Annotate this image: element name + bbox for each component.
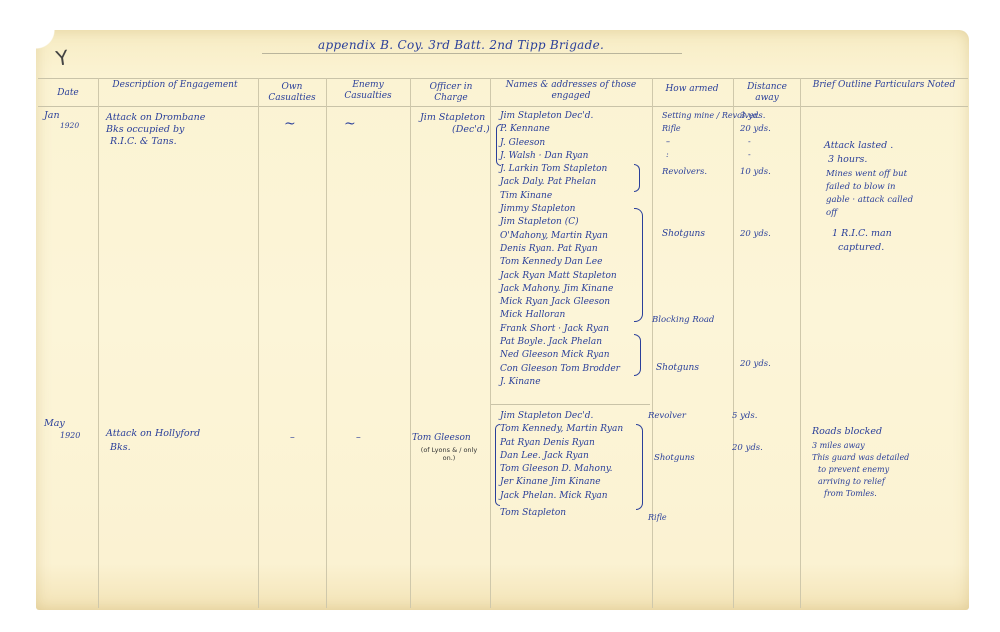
entry-2-outline-line: to prevent enemy: [818, 464, 889, 476]
entry-1-officer: Jim Stapleton: [420, 112, 485, 124]
entry-1-armed: Shotguns: [656, 362, 699, 374]
header-armed: How armed: [656, 84, 728, 95]
col-rule: [410, 78, 411, 608]
name-line: O'Mahony, Martin Ryan: [500, 230, 620, 243]
entry-1-armed: –: [666, 136, 670, 148]
header-officer: Officer in Charge: [414, 82, 488, 104]
header-own-casualties: Own Casualties: [262, 82, 322, 104]
group-bracket: [636, 424, 643, 510]
entry-2-own-casualties: –: [290, 432, 295, 444]
entry-1-outline-line: Mines went off but: [826, 168, 907, 180]
name-line: Jer Kinane Jim Kinane: [500, 476, 623, 489]
entry-1-distance: 10 yds.: [740, 166, 771, 178]
name-line: Tom Kennedy Dan Lee: [500, 256, 620, 269]
entry-1-officer-note: (Dec'd.): [452, 124, 490, 136]
entry-2-outline-line: 3 miles away: [812, 440, 865, 452]
name-line: Jack Mahony. Jim Kinane: [500, 283, 620, 296]
name-line: Tom Gleeson D. Mahony.: [500, 463, 623, 476]
group-bracket: [634, 334, 641, 376]
entry-1-distance: 20 yds.: [740, 123, 771, 135]
name-line: Mick Ryan Jack Gleeson: [500, 296, 620, 309]
name-line: Tim Kinane: [500, 190, 620, 203]
col-rule: [800, 78, 801, 608]
entry-1-description-line: Bks occupied by: [106, 124, 184, 136]
entry-1-distance: 20 yds.: [740, 358, 771, 370]
name-line: Jack Daly. Pat Phelan: [500, 176, 620, 189]
entry-1-distance: 20 yds.: [740, 228, 771, 240]
entry-2-enemy-casualties: –: [356, 432, 361, 444]
entry-2-armed: Shotguns: [654, 452, 695, 464]
col-rule: [733, 78, 734, 608]
entry-1-armed: Shotguns: [662, 228, 705, 240]
entry-2-distance: 5 yds.: [732, 410, 757, 422]
header-date: Date: [40, 88, 96, 99]
entry-2-distance: 20 yds.: [732, 442, 763, 454]
name-line: Jimmy Stapleton: [500, 203, 620, 216]
group-bracket: [495, 424, 500, 506]
col-rule: [652, 78, 653, 608]
entry-1-outline-line: 1 R.I.C. man: [832, 228, 892, 240]
name-line: Pat Ryan Denis Ryan: [500, 437, 623, 450]
name-line: Jack Ryan Matt Stapleton: [500, 270, 620, 283]
entry-1-armed: Blocking Road: [652, 314, 714, 326]
header-names: Names & addresses of those engaged: [494, 80, 648, 102]
title-underline: [262, 53, 682, 54]
name-line: Denis Ryan. Pat Ryan: [500, 243, 620, 256]
name-line: Dan Lee. Jack Ryan: [500, 450, 623, 463]
name-line: J. Walsh · Dan Ryan: [500, 150, 620, 163]
entry-2-description-line: Attack on Hollyford: [106, 428, 200, 440]
entry-2-armed: Revolver: [648, 410, 686, 422]
entry-1-distance: -: [748, 149, 751, 161]
col-rule: [326, 78, 327, 608]
entry-2-outline-line: Roads blocked: [812, 426, 882, 438]
entry-1-distance: -: [748, 136, 751, 148]
name-line: Jim Stapleton Dec'd.: [500, 110, 620, 123]
name-line: Tom Kennedy, Martin Ryan: [500, 423, 623, 436]
name-line: Frank Short · Jack Ryan: [500, 323, 620, 336]
entry-1-date-month: Jan: [44, 110, 60, 122]
header-top-rule: [38, 78, 968, 79]
entry-1-outline-line: gable · attack called: [826, 194, 913, 206]
entry-1-armed: Rifle: [662, 123, 681, 135]
header-outline: Brief Outline Particulars Noted: [806, 80, 962, 91]
header-enemy-casualties: Enemy Casualties: [330, 80, 406, 102]
entry-1-description-line: R.I.C. & Tans.: [110, 136, 177, 148]
page-title: appendix B. Coy. 3rd Batt. 2nd Tipp Brig…: [318, 38, 604, 52]
entry-1-enemy-casualties: ~: [344, 118, 356, 130]
names-divider-rule: [490, 404, 650, 405]
entry-2-outline-line: from Tomles.: [824, 488, 877, 500]
entry-2-names-list: Jim Stapleton Dec'd. Tom Kennedy, Martin…: [500, 410, 623, 520]
entry-1-armed: :: [666, 149, 669, 161]
name-line: Ned Gleeson Mick Ryan: [500, 349, 620, 362]
col-rule: [258, 78, 259, 608]
entry-1-outline-line: failed to blow in: [826, 181, 896, 193]
col-rule: [98, 78, 99, 608]
name-line: Tom Stapleton: [500, 507, 623, 520]
header-distance: Distance away: [736, 82, 798, 104]
entry-2-officer: Tom Gleeson: [412, 432, 471, 444]
entry-2-description-line: Bks.: [110, 442, 131, 454]
entry-1-outline-line: off: [826, 207, 837, 219]
entry-1-outline-line: captured.: [838, 242, 884, 254]
entry-1-description-line: Attack on Drombane: [106, 112, 205, 124]
name-line: Jack Phelan. Mick Ryan: [500, 490, 623, 503]
name-line: J. Larkin Tom Stapleton: [500, 163, 620, 176]
name-line: Pat Boyle. Jack Phelan: [500, 336, 620, 349]
entry-1-outline-line: Attack lasted .: [824, 140, 893, 152]
name-line: J. Kinane: [500, 376, 620, 389]
entry-1-distance: 3 yds.: [740, 110, 765, 122]
name-line: Jim Stapleton Dec'd.: [500, 410, 623, 423]
entry-2-date-year: 1920: [60, 430, 80, 442]
name-line: Con Gleeson Tom Brodder: [500, 363, 620, 376]
entry-1-armed: Revolvers.: [662, 166, 707, 178]
entry-2-outline-line: This guard was detailed: [812, 452, 909, 464]
group-bracket: [634, 208, 643, 322]
header-description: Description of Engagement: [100, 80, 250, 91]
entry-1-outline-line: 3 hours.: [828, 154, 867, 166]
group-bracket: [496, 124, 501, 166]
col-rule: [490, 78, 491, 608]
name-line: P. Kennane: [500, 123, 620, 136]
group-bracket: [634, 164, 640, 192]
entry-2-officer-note: (of Lyons & / only on.): [414, 446, 484, 462]
entry-1-date-year: 1920: [60, 120, 79, 132]
entry-1-names-list: Jim Stapleton Dec'd. P. Kennane J. Glees…: [500, 110, 620, 389]
entry-2-date-month: May: [44, 418, 65, 430]
name-line: Mick Halloran: [500, 309, 620, 322]
name-line: Jim Stapleton (C): [500, 216, 620, 229]
header-bottom-rule: [38, 106, 968, 107]
entry-1-own-casualties: ~: [284, 118, 296, 130]
name-line: J. Gleeson: [500, 137, 620, 150]
entry-2-armed: Rifle: [648, 512, 667, 524]
entry-2-outline-line: arriving to relief: [818, 476, 885, 488]
